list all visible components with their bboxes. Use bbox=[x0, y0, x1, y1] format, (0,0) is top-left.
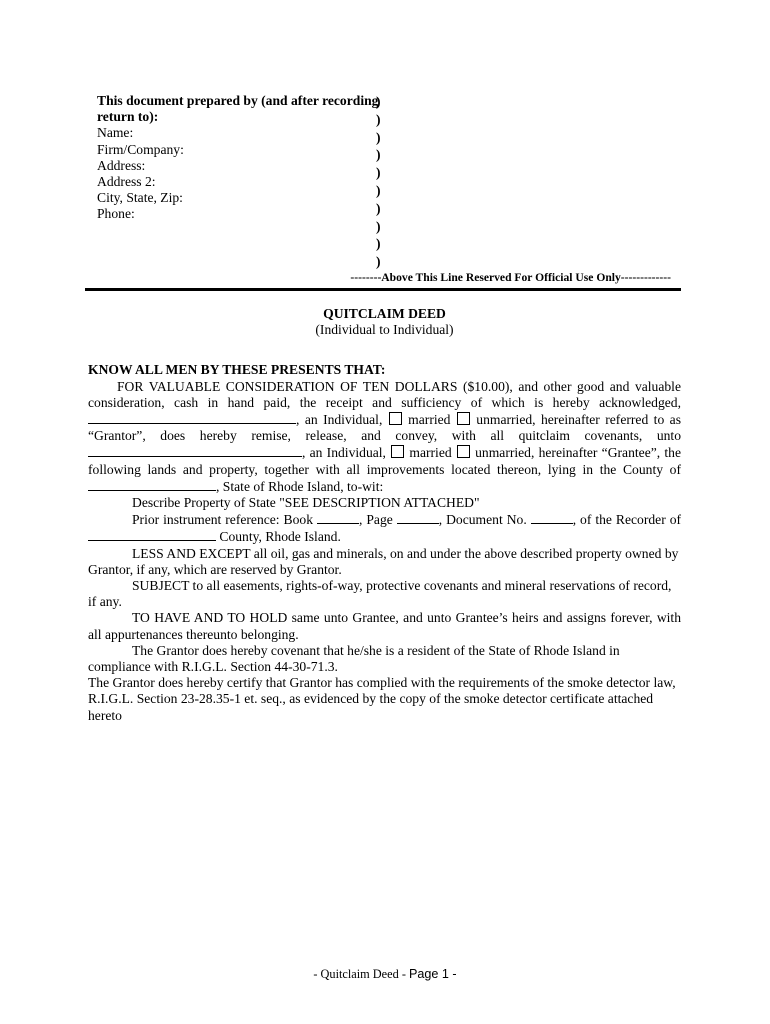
book-blank[interactable] bbox=[317, 511, 359, 524]
presents-heading: KNOW ALL MEN BY THESE PRESENTS THAT: bbox=[88, 362, 681, 378]
preparer-field-label: Address 2: bbox=[97, 174, 369, 190]
paren-mark: ) bbox=[376, 253, 381, 271]
prior-instrument-paragraph: Prior instrument reference: Book , Page … bbox=[88, 511, 681, 545]
text-run: , of the Recorder of bbox=[573, 512, 681, 527]
document-subtitle: (Individual to Individual) bbox=[88, 322, 681, 338]
paren-mark: ) bbox=[376, 200, 381, 218]
text-run: County, Rhode Island. bbox=[216, 529, 341, 544]
text-run: FOR VALUABLE CONSIDERATION OF TEN DOLLAR… bbox=[88, 379, 681, 410]
footer-doc-label: - Quitclaim Deed - bbox=[313, 967, 406, 981]
preparer-info-column: This document prepared by (and after rec… bbox=[97, 93, 369, 271]
grantor-name-blank[interactable] bbox=[88, 411, 296, 424]
paren-mark: ) bbox=[376, 164, 381, 182]
grantor-married-checkbox[interactable] bbox=[389, 412, 402, 425]
paren-mark: ) bbox=[376, 93, 381, 111]
official-use-paren-column: )))))))))) bbox=[369, 93, 381, 271]
grantee-married-checkbox[interactable] bbox=[391, 445, 404, 458]
above-line-reserved-text: --------Above This Line Reserved For Off… bbox=[88, 271, 681, 285]
document-title: QUITCLAIM DEED bbox=[88, 306, 681, 322]
recording-return-block: This document prepared by (and after rec… bbox=[88, 93, 681, 271]
preparer-heading-line: This document prepared by (and after rec… bbox=[97, 93, 369, 109]
official-use-divider bbox=[85, 288, 681, 291]
to-have-and-hold-paragraph: TO HAVE AND TO HOLD same unto Grantee, a… bbox=[88, 610, 681, 642]
text-run: , an Individual, bbox=[296, 412, 388, 427]
paren-mark: ) bbox=[376, 182, 381, 200]
document-no-blank[interactable] bbox=[531, 511, 573, 524]
text-run: , Document No. bbox=[439, 512, 531, 527]
paren-mark: ) bbox=[376, 218, 381, 236]
grantor-unmarried-checkbox[interactable] bbox=[457, 412, 470, 425]
text-run: , Page bbox=[359, 512, 397, 527]
paren-mark: ) bbox=[376, 129, 381, 147]
page-blank[interactable] bbox=[397, 511, 439, 524]
document-content: This document prepared by (and after rec… bbox=[0, 0, 770, 724]
preparer-fields: Name:Firm/Company:Address:Address 2:City… bbox=[97, 125, 369, 222]
grantee-unmarried-checkbox[interactable] bbox=[457, 445, 470, 458]
preparer-field-label: Phone: bbox=[97, 206, 369, 222]
text-run: , State of Rhode Island, to-wit: bbox=[216, 479, 383, 494]
paren-mark: ) bbox=[376, 235, 381, 253]
preparer-field-label: Name: bbox=[97, 125, 369, 141]
subject-paragraph: SUBJECT to all easements, rights-of-way,… bbox=[88, 578, 681, 610]
preparer-field-label: Firm/Company: bbox=[97, 142, 369, 158]
preparer-field-label: City, State, Zip: bbox=[97, 190, 369, 206]
describe-property-line: Describe Property of State "SEE DESCRIPT… bbox=[88, 495, 681, 511]
text-run: married bbox=[403, 412, 456, 427]
paren-mark: ) bbox=[376, 146, 381, 164]
footer-page-number: Page 1 - bbox=[409, 967, 457, 981]
preparer-heading: This document prepared by (and after rec… bbox=[97, 93, 369, 125]
grantee-name-blank[interactable] bbox=[88, 444, 302, 457]
recorder-county-blank[interactable] bbox=[88, 528, 216, 541]
quitclaim-deed-document: This document prepared by (and after rec… bbox=[0, 0, 770, 1024]
page-footer: - Quitclaim Deed - Page 1 - bbox=[0, 966, 770, 982]
text-run: married bbox=[405, 445, 456, 460]
paren-mark: ) bbox=[376, 111, 381, 129]
resident-covenant-paragraph: The Grantor does hereby covenant that he… bbox=[88, 643, 681, 675]
preparer-heading-line: return to): bbox=[97, 109, 369, 125]
text-run: Prior instrument reference: Book bbox=[132, 512, 317, 527]
preparer-field-label: Address: bbox=[97, 158, 369, 174]
county-blank[interactable] bbox=[88, 478, 216, 491]
less-and-except-paragraph: LESS AND EXCEPT all oil, gas and mineral… bbox=[88, 546, 681, 578]
consideration-paragraph: FOR VALUABLE CONSIDERATION OF TEN DOLLAR… bbox=[88, 379, 681, 495]
text-run: , an Individual, bbox=[302, 445, 390, 460]
smoke-detector-paragraph: The Grantor does hereby certify that Gra… bbox=[88, 675, 681, 724]
